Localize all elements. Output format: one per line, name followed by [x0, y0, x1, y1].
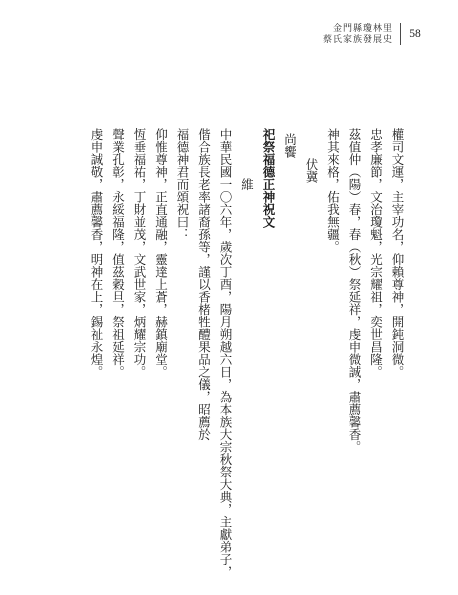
prayer-column: 中華民國一〇六年，歲次丁酉，陽月朔越六日，為本族大宗秋祭大典，主獻弟子， [214, 128, 236, 593]
book-title-line1: 金門縣瓊林里 [323, 23, 393, 34]
prayer-column: 福德神君而頌祝曰： [171, 128, 193, 593]
prayer-closing-fuji: 伏冀 [300, 128, 322, 593]
book-title-line2: 蔡氏家族發展史 [323, 34, 393, 45]
prayer-column: 仰惟尊神，正直通融，靈達上蒼，赫鎮廟堂。 [149, 128, 171, 593]
page-number: 58 [408, 28, 422, 40]
prayer-column: 偕合族長老率諸裔孫等，謹以香楮牲醴果品之儀，昭薦於 [192, 128, 214, 593]
prayer-column: 忠孝廉節，文治瓊魁，光宗耀祖，奕世昌隆。 [364, 128, 386, 593]
prayer-column: 神其來格，佑我無疆。 [321, 128, 343, 593]
section-title: 祀祭福德正神祝文 [257, 128, 279, 593]
prayer-column: 茲值仲（陽）春，春（秋）祭延祥，虔申微誠，肅薦馨香。 [343, 128, 365, 593]
prayer-column: 虔申誠敬，肅薦馨香，明神在上，錫祉永煌。 [85, 128, 107, 593]
prayer-closing-shangxiang: 尚饗 [278, 128, 300, 593]
page-header: 金門縣瓊林里 蔡氏家族發展史 58 [323, 23, 422, 45]
header-divider [400, 23, 401, 45]
prayer-column: 權司文運，主宰功名，仰賴尊神，開鈍洞微。 [386, 128, 408, 593]
prayer-column: 恆垂福祐，丁財並茂，文武世家，炳耀宗功。 [128, 128, 150, 593]
book-page: 金門縣瓊林里 蔡氏家族發展史 58 權司文運，主宰功名，仰賴尊神，開鈍洞微。 忠… [0, 0, 458, 595]
book-title: 金門縣瓊林里 蔡氏家族發展史 [323, 23, 393, 45]
prayer-column: 聲業孔彰，永綏福隆，值茲穀旦，祭祖延祥。 [106, 128, 128, 593]
main-text-block: 權司文運，主宰功名，仰賴尊神，開鈍洞微。 忠孝廉節，文治瓊魁，光宗耀祖，奕世昌隆… [61, 128, 407, 593]
prayer-opening-wei: 維 [235, 128, 257, 593]
